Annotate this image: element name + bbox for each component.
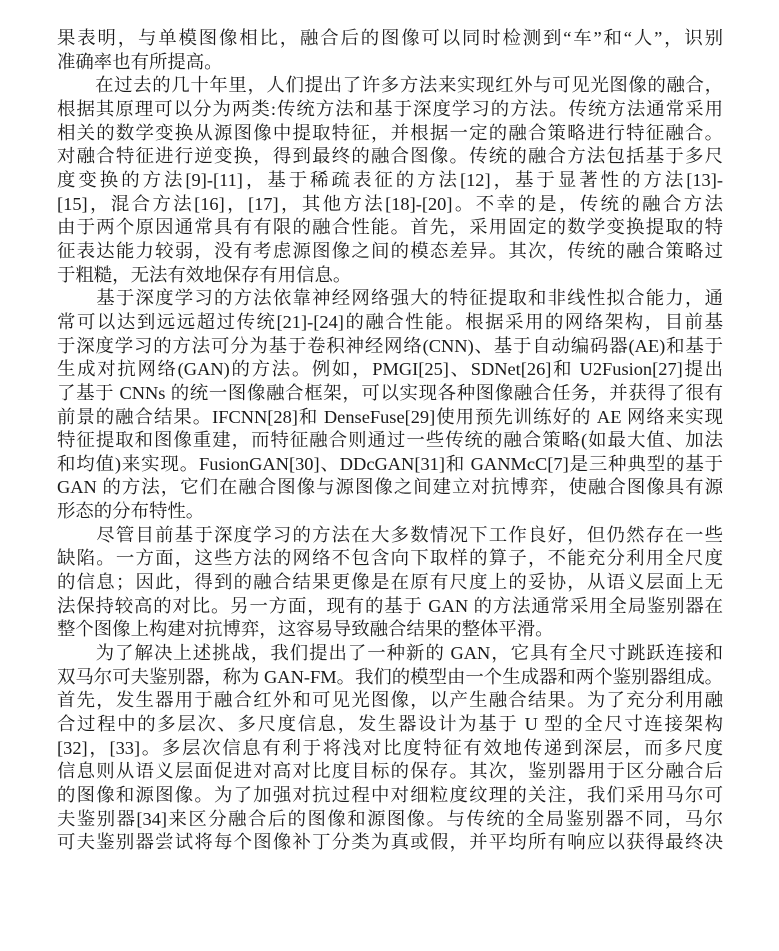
text-line: 由于两个原因通常具有有限的融合性能。首先，采用固定的数学变换提取的特 bbox=[57, 216, 723, 240]
text-line: 首先，发生器用于融合红外和可见光图像，以产生融合结果。为了充分利用融 bbox=[57, 689, 723, 713]
text-line: 在过去的几十年里，人们提出了许多方法来实现红外与可见光图像的融合， bbox=[57, 74, 723, 98]
text-line: 的图像和源图像。为了加强对抗过程中对细粒度纹理的关注，我们采用马尔可 bbox=[57, 784, 723, 808]
text-line: 可夫鉴别器尝试将每个图像补丁分类为真或假，并平均所有响应以获得最终决 bbox=[57, 831, 723, 855]
paper-page: 果表明，与单模图像相比，融合后的图像可以同时检测到“车”和“人”，识别准确率也有… bbox=[0, 0, 779, 951]
text-line: 缺陷。一方面，这些方法的网络不包含向下取样的算子，不能充分利用全尺度 bbox=[57, 547, 723, 571]
text-line: 于粗糙，无法有效地保存有用信息。 bbox=[57, 264, 723, 288]
text-line: 基于深度学习的方法依靠神经网络强大的特征提取和非线性拟合能力，通 bbox=[57, 287, 723, 311]
text-line: 了基于 CNNs 的统一图像融合框架，可以实现各种图像融合任务，并获得了很有 bbox=[57, 382, 723, 406]
text-line: 于深度学习的方法可分为基于卷积神经网络(CNN)、基于自动编码器(AE)和基于 bbox=[57, 335, 723, 359]
text-line: 根据其原理可以分为两类:传统方法和基于深度学习的方法。传统方法通常采用 bbox=[57, 98, 723, 122]
text-line: [15]，混合方法[16]，[17]，其他方法[18]-[20]。不幸的是，传统… bbox=[57, 193, 723, 217]
text-line: 征表达能力较弱，没有考虑源图像之间的模态差异。其次，传统的融合策略过 bbox=[57, 240, 723, 264]
text-line: 形态的分布特性。 bbox=[57, 500, 723, 524]
text-line: 准确率也有所提高。 bbox=[57, 51, 723, 75]
text-line: 双马尔可夫鉴别器，称为 GAN-FM。我们的模型由一个生成器和两个鉴别器组成。 bbox=[57, 666, 723, 690]
text-line: 前景的融合结果。IFCNN[28]和 DenseFuse[29]使用预先训练好的… bbox=[57, 406, 723, 430]
text-line: 度变换的方法[9]-[11]，基于稀疏表征的方法[12]，基于显著性的方法[13… bbox=[57, 169, 723, 193]
text-line: 对融合特征进行逆变换，得到最终的融合图像。传统的融合方法包括基于多尺 bbox=[57, 145, 723, 169]
text-line: 生成对抗网络(GAN)的方法。例如，PMGI[25]、SDNet[26]和 U2… bbox=[57, 358, 723, 382]
text-line: 信息则从语义层面促进对高对比度目标的保存。其次，鉴别器用于区分融合后 bbox=[57, 760, 723, 784]
text-line: [32]，[33]。多层次信息有利于将浅对比度特征有效地传递到深层，而多尺度 bbox=[57, 737, 723, 761]
text-line: 为了解决上述挑战，我们提出了一种新的 GAN，它具有全尺寸跳跃连接和 bbox=[57, 642, 723, 666]
text-line: GAN 的方法，它们在融合图像与源图像之间建立对抗博弈，使融合图像具有源 bbox=[57, 476, 723, 500]
text-line: 常可以达到远远超过传统[21]-[24]的融合性能。根据采用的网络架构，目前基 bbox=[57, 311, 723, 335]
text-line: 夫鉴别器[34]来区分融合后的图像和源图像。与传统的全局鉴别器不同，马尔 bbox=[57, 808, 723, 832]
text-line: 法保持较高的对比。另一方面，现有的基于 GAN 的方法通常采用全局鉴别器在 bbox=[57, 595, 723, 619]
text-line: 合过程中的多层次、多尺度信息，发生器设计为基于 U 型的全尺寸连接架构 bbox=[57, 713, 723, 737]
text-line: 整个图像上构建对抗博弈，这容易导致融合结果的整体平滑。 bbox=[57, 618, 723, 642]
text-line: 特征提取和图像重建，而特征融合则通过一些传统的融合策略(如最大值、加法 bbox=[57, 429, 723, 453]
text-line: 果表明，与单模图像相比，融合后的图像可以同时检测到“车”和“人”，识别 bbox=[57, 27, 723, 51]
text-line: 的信息；因此，得到的融合结果更像是在原有尺度上的妥协，从语义层面上无 bbox=[57, 571, 723, 595]
text-line: 尽管目前基于深度学习的方法在大多数情况下工作良好，但仍然存在一些 bbox=[57, 524, 723, 548]
text-line: 相关的数学变换从源图像中提取特征，并根据一定的融合策略进行特征融合。 bbox=[57, 122, 723, 146]
text-column: 果表明，与单模图像相比，融合后的图像可以同时检测到“车”和“人”，识别准确率也有… bbox=[57, 27, 723, 855]
text-line: 和均值)来实现。FusionGAN[30]、DDcGAN[31]和 GANMcC… bbox=[57, 453, 723, 477]
